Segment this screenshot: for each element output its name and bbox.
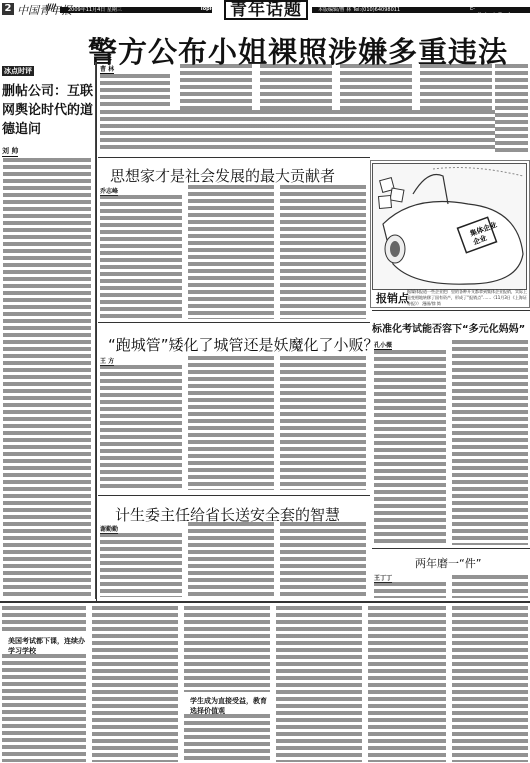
header-slashes: ////	[46, 3, 55, 13]
bottom-col3-b	[184, 714, 270, 762]
article-3-col2	[188, 522, 274, 597]
sidebar-body-text	[3, 158, 91, 596]
article-byline-4: 孔小薇	[374, 340, 392, 350]
article-4-col2	[452, 340, 528, 545]
bottom-col4	[276, 606, 362, 762]
article-4-col1	[374, 350, 446, 545]
article-5-col1-top	[374, 582, 446, 598]
article-title-1: 思想家才是社会发展的最大贡献者	[110, 165, 335, 186]
sidebar-author: 刘 帅	[2, 146, 18, 157]
cartoon-illustration: 集体企业 企业	[372, 163, 527, 290]
editor-email: E-mail:ctopic@yahoo.com.cn	[470, 6, 530, 18]
article-1-col2	[188, 185, 274, 319]
headline-article-col1	[100, 74, 170, 108]
section-title: 青年话题	[224, 0, 308, 20]
divider	[98, 322, 370, 323]
editor-info: 本版编辑/曹 林 Tel:(010)64098011	[318, 6, 400, 13]
sidebar-commentary: 冰点时评 删帖公司：互联网舆论时代的道德追问 刘 帅	[0, 62, 96, 599]
article-1-col3	[280, 185, 366, 319]
masthead-logo: 中国青年报	[17, 2, 72, 18]
divider	[96, 62, 97, 601]
cartoon-label: 报销点	[376, 290, 409, 306]
article-3-col1	[100, 533, 182, 597]
headline-article-col5	[420, 64, 492, 110]
article-5-col2-top	[452, 575, 528, 598]
headline-article-col6	[495, 64, 528, 152]
divider	[0, 601, 530, 603]
article-1-col1	[100, 195, 182, 319]
bottom-col2	[92, 606, 178, 762]
bottom-col1-b	[2, 654, 86, 762]
divider	[98, 495, 370, 496]
bottom-col6	[452, 606, 528, 762]
bottom-col5	[368, 606, 446, 762]
divider	[372, 310, 530, 311]
bottom-subhead-2: 学生成为直接受益，教育选择价值观	[190, 696, 270, 716]
headline-byline: 曹 林	[100, 64, 114, 74]
article-title-2: “跑城管”矮化了城管还是妖魔化了小贩？	[108, 334, 379, 355]
divider	[98, 157, 370, 158]
article-title-4: 标准化考试能否容下“多元化妈妈”	[372, 320, 525, 335]
article-2-col1	[100, 365, 182, 490]
cartoon-credit: 漫画/徐 简	[422, 301, 441, 306]
divider	[372, 548, 530, 549]
page-header: 2 中国青年报 //// 2009年11月4日 星期三 Topics 青年话题 …	[0, 0, 530, 20]
sidebar-tag: 冰点时评	[2, 66, 34, 76]
article-3-col3	[280, 522, 366, 597]
topics-label: Topics	[200, 6, 217, 12]
headline-article-lower	[100, 110, 495, 152]
bottom-subhead-1: 美国考试都下课，连续办学习学校	[8, 636, 88, 656]
page-number: 2	[2, 3, 14, 15]
bottom-col1-a	[2, 606, 86, 634]
bottom-col3-a	[184, 606, 270, 692]
cartoon-pig-icon: 集体企业 企业	[373, 164, 527, 290]
article-2-col2	[188, 356, 274, 490]
headline-article-col4	[340, 64, 412, 110]
headline-article-col3	[260, 64, 332, 110]
article-2-col3	[280, 356, 366, 490]
cartoon-caption: 据媒体报道一些企业把厂里的各种开支都拿到集体企业报销，实际上是变相地转移了国有资…	[407, 289, 527, 307]
headline-article-col2	[180, 64, 252, 110]
article-title-5: 两年磨一“件”	[415, 555, 481, 571]
sidebar-title: 删帖公司：互联网舆论时代的道德追问	[2, 82, 94, 139]
issue-date: 2009年11月4日 星期三	[68, 6, 122, 13]
